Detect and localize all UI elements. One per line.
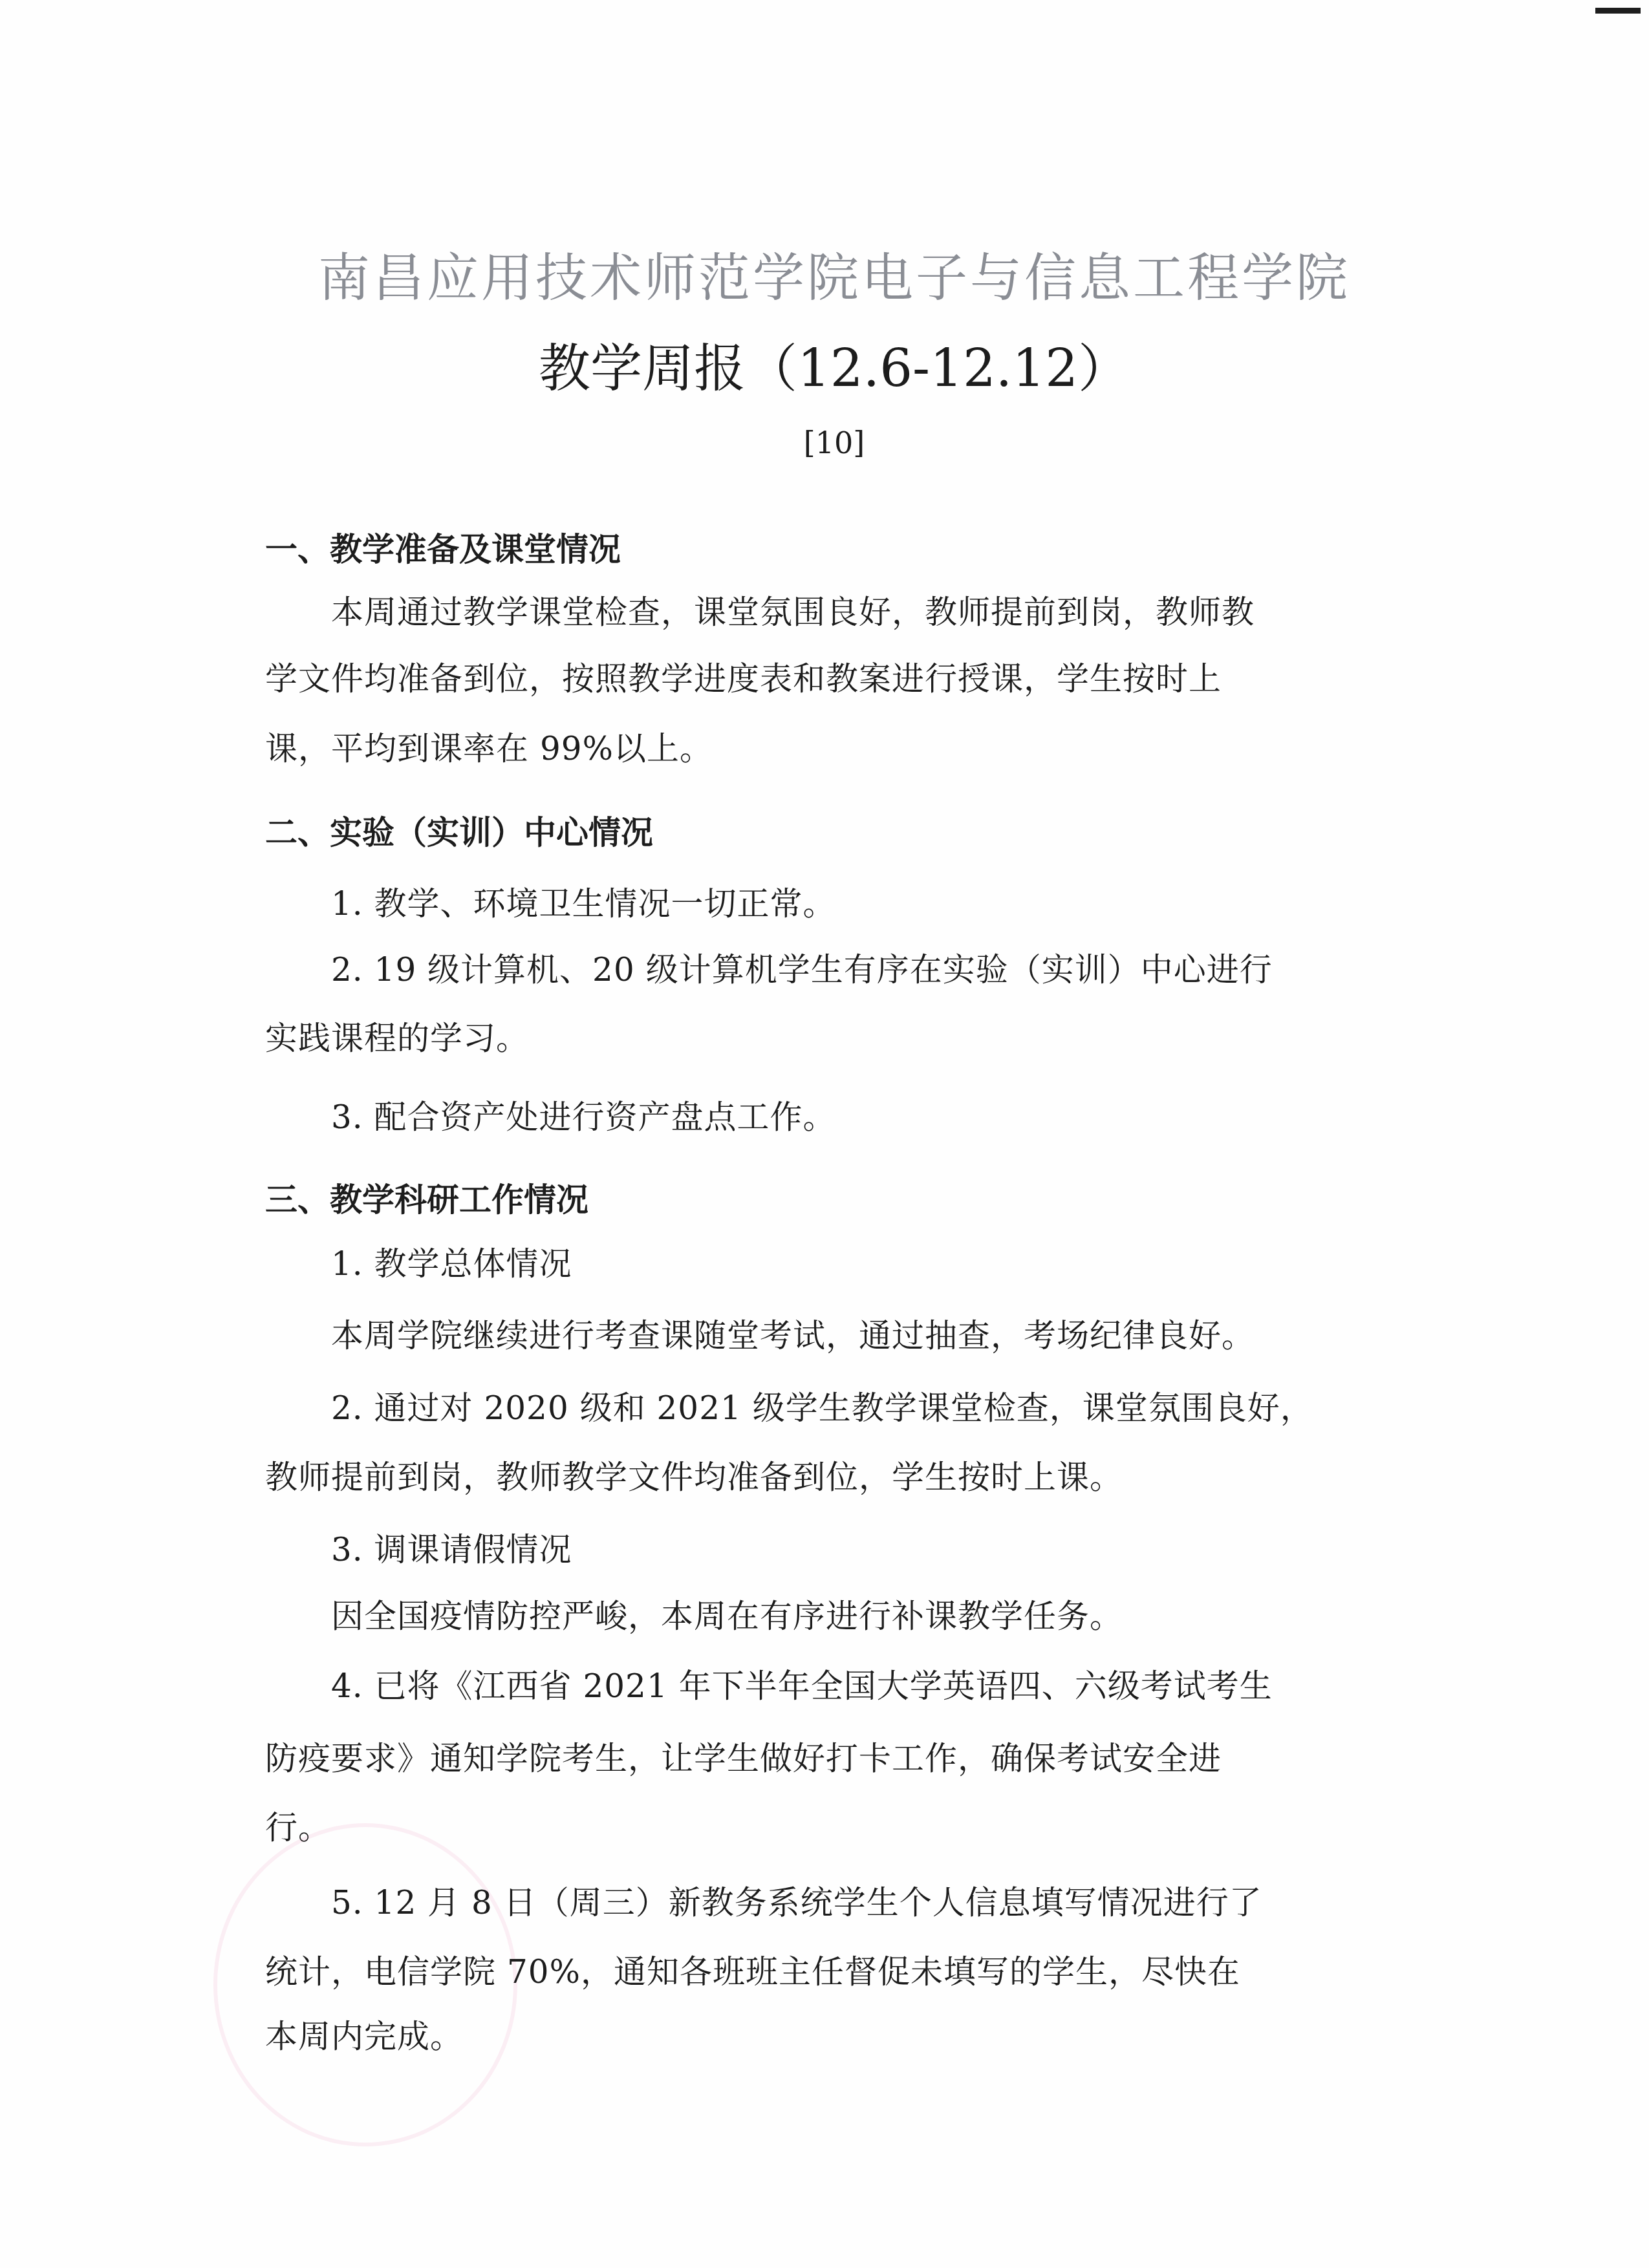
- paragraph-line: 本周学院继续进行考查课随堂考试，通过抽查，考场纪律良好。: [331, 1316, 1456, 1355]
- section-heading-teaching-research: 三、教学科研工作情况: [265, 1181, 1390, 1219]
- paragraph-line: 本周内完成。: [265, 2017, 1390, 2056]
- section-heading-teaching-prep: 一、教学准备及课堂情况: [265, 530, 1390, 569]
- paragraph-line: 统计，电信学院 70%，通知各班班主任督促未填写的学生，尽快在: [265, 1952, 1390, 1991]
- paragraph-line: 教师提前到岗，教师教学文件均准备到位，学生按时上课。: [265, 1458, 1390, 1497]
- list-item: 2. 通过对 2020 级和 2021 级学生教学课堂检查，课堂氛围良好，: [331, 1389, 1456, 1428]
- list-item: 1. 教学、环境卫生情况一切正常。: [331, 884, 1456, 923]
- institution-name: 南昌应用技术师范学院电子与信息工程学院: [0, 246, 1649, 310]
- paragraph-line: 实践课程的学习。: [265, 1019, 1390, 1058]
- issue-number: [10]: [0, 423, 1649, 462]
- document-page: 南昌应用技术师范学院电子与信息工程学院 教学周报（12.6-12.12） [10…: [0, 0, 1649, 2268]
- section-heading-lab-center: 二、实验（实训）中心情况: [265, 813, 1390, 852]
- paragraph-line: 行。: [265, 1808, 1390, 1847]
- list-item: 1. 教学总体情况: [331, 1245, 1456, 1283]
- list-item: 5. 12 月 8 日（周三）新教务系统学生个人信息填写情况进行了: [331, 1883, 1456, 1922]
- list-item: 3. 调课请假情况: [331, 1530, 1456, 1569]
- list-item: 3. 配合资产处进行资产盘点工作。: [331, 1098, 1456, 1137]
- paragraph-line: 学文件均准备到位，按照教学进度表和教案进行授课，学生按时上: [265, 659, 1390, 698]
- list-item: 4. 已将《江西省 2021 年下半年全国大学英语四、六级考试考生: [331, 1667, 1456, 1706]
- scan-edge-mark: [1595, 8, 1641, 14]
- paragraph-line: 防疫要求》通知学院考生，让学生做好打卡工作，确保考试安全进: [265, 1739, 1390, 1778]
- list-item: 2. 19 级计算机、20 级计算机学生有序在实验（实训）中心进行: [331, 950, 1456, 989]
- paragraph-line: 因全国疫情防控严峻，本周在有序进行补课教学任务。: [331, 1597, 1456, 1636]
- paragraph-line: 本周通过教学课堂检查，课堂氛围良好，教师提前到岗，教师教: [331, 593, 1456, 632]
- report-title: 教学周报（12.6-12.12）: [0, 336, 1649, 401]
- paragraph-line: 课，平均到课率在 99%以上。: [265, 729, 1390, 768]
